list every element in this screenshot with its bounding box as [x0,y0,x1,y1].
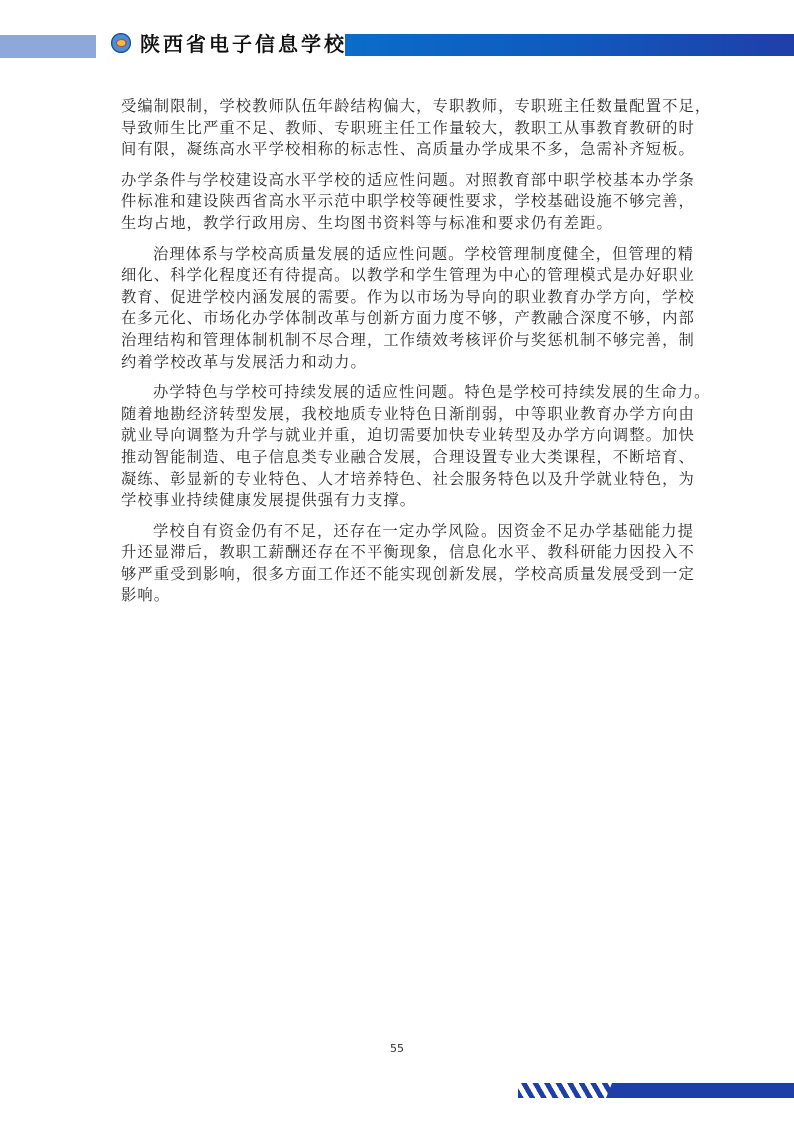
page-number: 55 [0,1042,794,1055]
text-line: 够严重受到影响，很多方面工作还不能实现创新发展，学校高质量发展受到一定 [121,564,683,586]
school-emblem-icon [111,33,131,53]
paragraph-funding: 学校自有资金仍有不足，还存在一定办学风险。因资金不足办学基础能力提 升还显滞后，… [121,521,683,607]
footer-decor-bar [606,1083,794,1098]
text-line: 随着地勘经济转型发展，我校地质专业特色日渐削弱，中等职业教育办学方向由 [121,404,683,426]
text-line: 学校事业持续健康发展提供强有力支撑。 [121,490,683,512]
text-line: 受编制限制，学校教师队伍年龄结构偏大，专职教师，专职班主任数量配置不足， [121,96,683,118]
text-line: 教育、促进学校内涵发展的需要。作为以市场为导向的职业教育办学方向，学校 [121,287,683,309]
text-line: 升还显滞后，教职工薪酬还存在不平衡现象，信息化水平、教科研能力因投入不 [121,542,683,564]
paragraph-staffing: 受编制限制，学校教师队伍年龄结构偏大，专职教师，专职班主任数量配置不足， 导致师… [121,96,683,161]
text-line: 在多元化、市场化办学体制改革与创新方面力度不够，产教融合深度不够，内部 [121,308,683,330]
paragraph-facilities: 办学条件与学校建设高水平学校的适应性问题。对照教育部中职学校基本办学条 件标准和… [121,170,683,235]
text-line: 学校自有资金仍有不足，还存在一定办学风险。因资金不足办学基础能力提 [121,521,683,543]
text-line: 治理结构和管理体制机制不尽合理，工作绩效考核评价与奖惩机制不够完善，制 [121,330,683,352]
header-decor-bar-right [345,34,794,56]
school-name-title: 陕西省电子信息学校 [140,31,347,57]
header-decor-bar-left [0,35,96,58]
text-line: 治理体系与学校高质量发展的适应性问题。学校管理制度健全，但管理的精 [121,244,683,266]
text-line: 办学特色与学校可持续发展的适应性问题。特色是学校可持续发展的生命力。 [121,382,683,404]
text-line: 就业导向调整为升学与就业并重，迫切需要加快专业转型及办学方向调整。加快 [121,425,683,447]
text-line: 影响。 [121,585,683,607]
text-line: 推动智能制造、电子信息类专业融合发展，合理设置专业大类课程，不断培育、 [121,447,683,469]
text-line: 凝练、彰显新的专业特色、人才培养特色、社会服务特色以及升学就业特色，为 [121,469,683,491]
text-line: 件标准和建设陕西省高水平示范中职学校等硬性要求，学校基础设施不够完善， [121,191,683,213]
text-line: 办学条件与学校建设高水平学校的适应性问题。对照教育部中职学校基本办学条 [121,170,683,192]
text-line: 细化、科学化程度还有待提高。以教学和学生管理为中心的管理模式是办好职业 [121,265,683,287]
text-line: 生均占地，教学行政用房、生均图书资料等与标准和要求仍有差距。 [121,213,683,235]
footer-decor-stripes [518,1083,613,1098]
paragraph-characteristics: 办学特色与学校可持续发展的适应性问题。特色是学校可持续发展的生命力。 随着地勘经… [121,382,683,512]
text-line: 导致师生比严重不足、教师、专职班主任工作量较大，教职工从事教育教研的时 [121,118,683,140]
paragraph-governance: 治理体系与学校高质量发展的适应性问题。学校管理制度健全，但管理的精 细化、科学化… [121,244,683,374]
text-line: 约着学校改革与发展活力和动力。 [121,352,683,374]
document-body: 受编制限制，学校教师队伍年龄结构偏大，专职教师，专职班主任数量配置不足， 导致师… [121,96,683,616]
text-line: 间有限，凝练高水平学校相称的标志性、高质量办学成果不多，急需补齐短板。 [121,139,683,161]
